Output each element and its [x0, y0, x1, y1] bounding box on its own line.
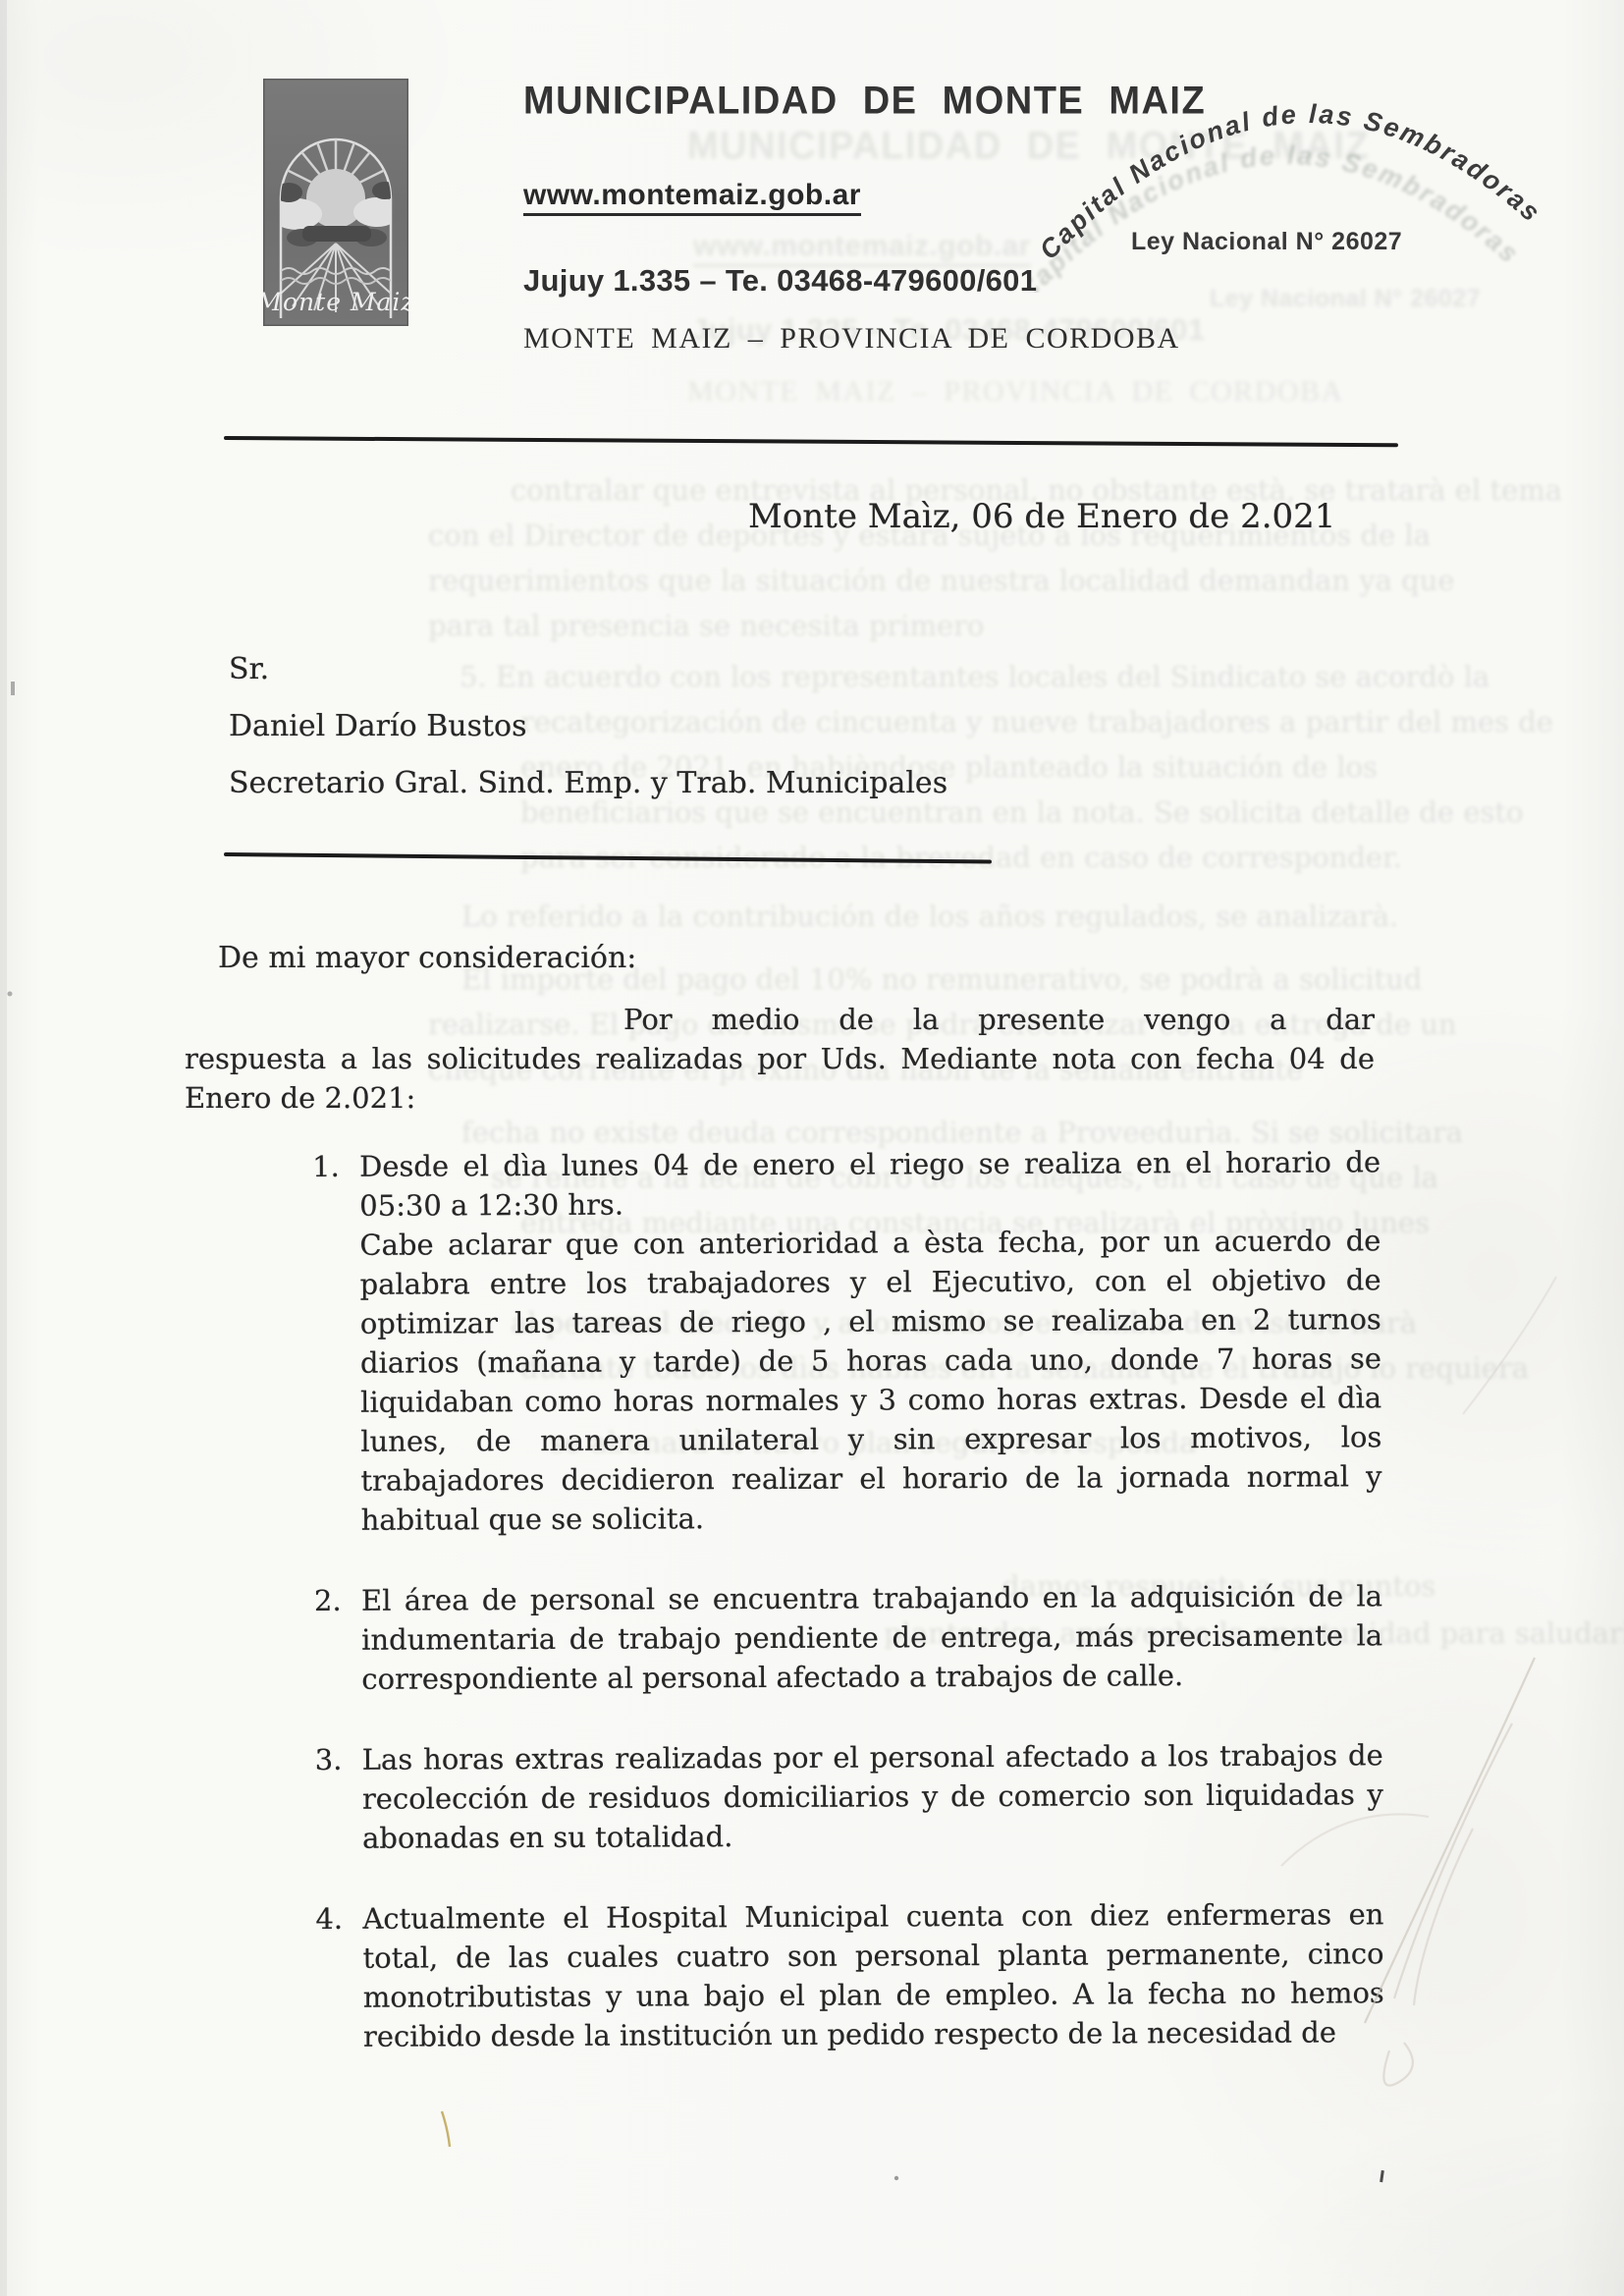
recipient-salutation: Sr. [229, 652, 269, 686]
city-province-line-ghost: MONTE MAIZ – PROVINCIA DE CORDOBA [687, 375, 1344, 409]
list-item: 2. El área de personal se encuentra trab… [314, 1576, 1383, 1699]
item-paragraph: El área de personal se encuentra trabaja… [361, 1576, 1383, 1699]
website-text-ghost: www.montemaiz.gob.ar [693, 230, 1031, 267]
item-number: 1. [312, 1147, 361, 1540]
list-item: 4. Actualmente el Hospital Municipal cue… [315, 1894, 1384, 2056]
website-text: www.montemaiz.gob.ar [523, 179, 861, 216]
logo-sun-field-icon: Monte Maiz [263, 79, 408, 326]
item-number: 4. [315, 1899, 363, 2056]
city-province-line: MONTE MAIZ – PROVINCIA DE CORDOBA [523, 322, 1180, 355]
item-paragraph: Las horas extras realizadas por el perso… [362, 1735, 1384, 1858]
intro-paragraph: Por medio de la presente vengo a dar res… [185, 1000, 1375, 1118]
scanned-letter-page: { "letterhead": { "municipality": "MUNIC… [0, 0, 1624, 2296]
item-number: 2. [314, 1581, 362, 1699]
law-line-ghost: Ley Nacional N° 26027 [1210, 285, 1481, 313]
intro-first-line: Por medio de la presente vengo a dar [185, 1000, 1375, 1039]
item-number: 3. [315, 1740, 363, 1858]
monte-maiz-logo: Monte Maiz [263, 79, 408, 326]
greeting-line: De mi mayor consideración: [218, 941, 636, 975]
address-phone-line: Jujuy 1.335 – Te. 03468-479600/601 [523, 263, 1037, 299]
date-line: Monte Maìz, 06 de Enero de 2.021 [748, 497, 1335, 536]
law-line: Ley Nacional N° 26027 [1131, 228, 1402, 256]
logo-caption: Monte Maiz [263, 288, 408, 316]
item-paragraph: Actualmente el Hospital Municipal cuenta… [362, 1894, 1384, 2056]
intro-rest: respuesta a las solicitudes realizadas p… [185, 1039, 1375, 1118]
numbered-list: 1. Desde el dìa lunes 04 de enero el rie… [312, 1142, 1384, 2098]
list-item: 3. Las horas extras realizadas por el pe… [315, 1735, 1384, 1858]
item-paragraph: Cabe aclarar que con anterioridad a èsta… [359, 1221, 1381, 1540]
recipient-role: Secretario Gral. Sind. Emp. y Trab. Muni… [229, 766, 947, 800]
recipient-name: Daniel Darío Bustos [229, 709, 527, 743]
capital-nacional-stamp: Capital Nacional de las Sembradoras Capi… [1029, 57, 1579, 293]
list-item: 1. Desde el dìa lunes 04 de enero el rie… [312, 1142, 1382, 1540]
item-paragraph: Desde el dìa lunes 04 de enero el riego … [359, 1142, 1380, 1226]
